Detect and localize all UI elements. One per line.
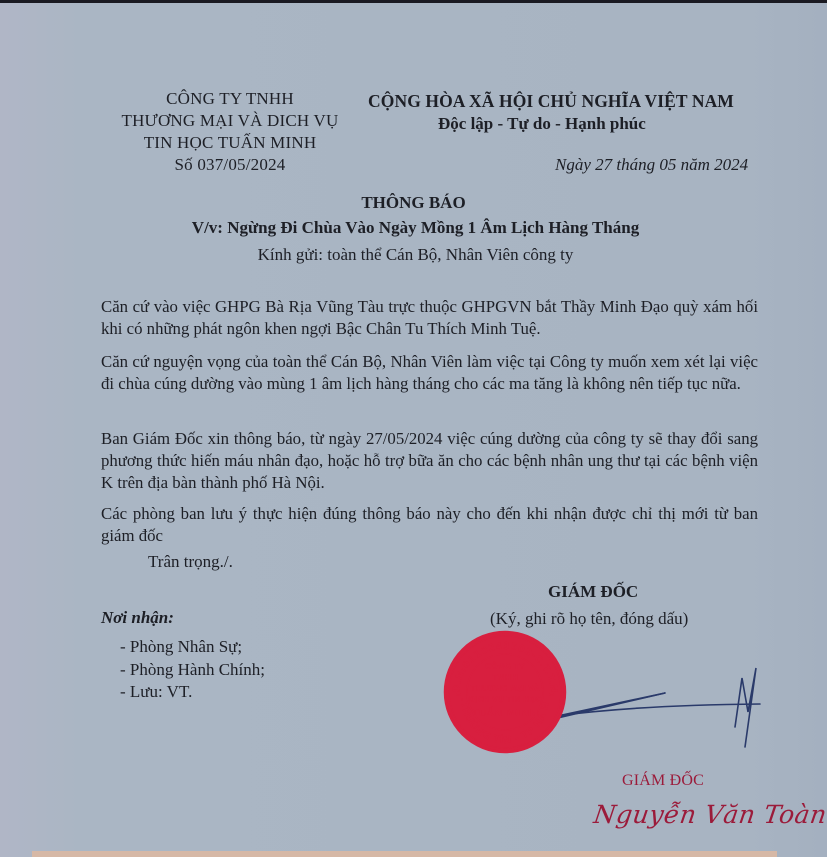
svg-text:★: ★ xyxy=(548,689,555,698)
svg-text:TUẤN MINH: TUẤN MINH xyxy=(471,706,538,719)
recipient-item: - Phòng Hành Chính; xyxy=(120,659,265,682)
body-paragraph: Các phòng ban lưu ý thực hiện đúng thông… xyxy=(101,503,758,547)
svg-text:★: ★ xyxy=(455,689,462,698)
signature-note: (Ký, ghi rõ họ tên, đóng dấu) xyxy=(490,609,688,629)
document-date: Ngày 27 tháng 05 năm 2024 xyxy=(555,155,748,175)
document-title: THÔNG BÁO xyxy=(0,193,827,213)
company-name-line2: THƯƠNG MẠI VÀ DICH VỤ xyxy=(95,110,365,132)
greeting: Kính gửi: toàn thể Cán Bộ, Nhân Viên côn… xyxy=(0,245,827,265)
company-stamp-icon: M.S.D.N:0110243502-C.T.T.N.H.H H.THƯỜNG … xyxy=(441,629,569,755)
svg-text:CÔNG TY: CÔNG TY xyxy=(485,660,525,671)
svg-text:THƯƠNG MẠI VÀ: THƯƠNG MẠI VÀ xyxy=(470,684,539,693)
company-header: CÔNG TY TNHH THƯƠNG MẠI VÀ DICH VỤ TIN H… xyxy=(95,88,365,176)
recipient-item: - Phòng Nhân Sự; xyxy=(120,636,265,659)
national-motto: Độc lập - Tự do - Hạnh phúc xyxy=(438,114,646,134)
document-number: Số 037/05/2024 xyxy=(95,154,365,176)
national-title: CỘNG HÒA XÃ HỘI CHỦ NGHĨA VIỆT NAM xyxy=(368,91,734,112)
director-name: Nguyễn Văn Toàn xyxy=(592,800,827,829)
red-director-title: GIÁM ĐỐC xyxy=(622,772,704,790)
body-paragraph: Ban Giám Đốc xin thông báo, từ ngày 27/0… xyxy=(101,428,758,494)
company-name-line1: CÔNG TY TNHH xyxy=(95,88,365,110)
closing-regards: Trân trọng./. xyxy=(148,552,233,572)
director-title: GIÁM ĐỐC xyxy=(548,582,638,602)
recipients-label: Nơi nhận: xyxy=(101,608,174,628)
company-name-line3: TIN HỌC TUẤN MINH xyxy=(95,132,365,154)
svg-text:TNHH: TNHH xyxy=(492,673,518,682)
recipient-item: - Lưu: VT. xyxy=(120,681,265,704)
body-paragraph: Căn cứ nguyện vọng của toàn thể Cán Bộ, … xyxy=(101,351,758,395)
document-subject: V/v: Ngừng Đi Chùa Vào Ngày Mồng 1 Âm Lị… xyxy=(0,218,827,238)
recipients-list: - Phòng Nhân Sự; - Phòng Hành Chính; - L… xyxy=(120,636,265,704)
bottom-edge xyxy=(32,851,777,857)
svg-text:DỊCH VỤ TIN HỌC: DỊCH VỤ TIN HỌC xyxy=(469,695,542,704)
body-paragraph: Căn cứ vào việc GHPG Bà Rịa Vũng Tàu trự… xyxy=(101,296,758,340)
